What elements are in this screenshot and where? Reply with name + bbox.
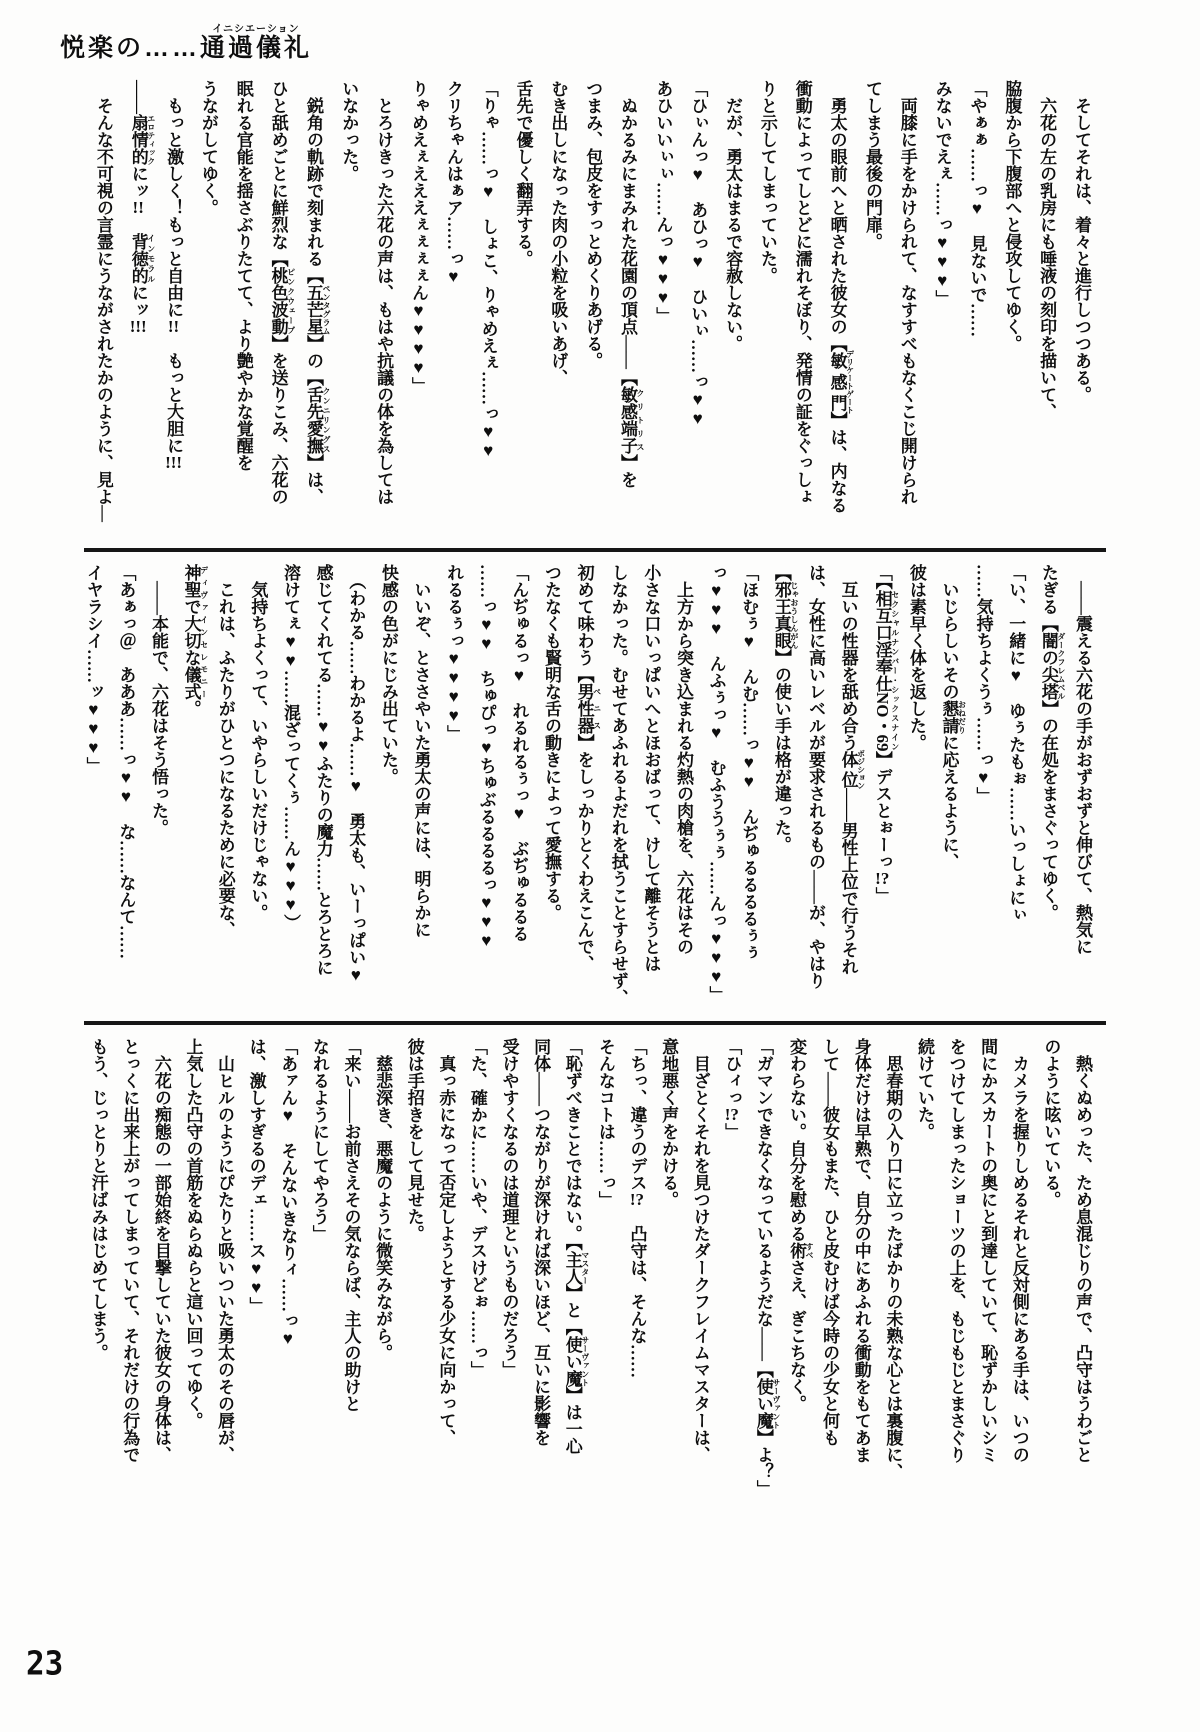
text-column: あひいいぃぃ……んっ♥♥♥」 (645, 80, 680, 546)
text-column: 互いの性器を舐め合う体位ポジション——男性上位で行うそれ (831, 564, 865, 1016)
text-column: のように呟いている。 (1035, 1038, 1067, 1508)
text-column: 「ひぃんっ♥ あひっ♥ ひいぃ……っ♥♥ (679, 80, 714, 546)
text-column: 脇腹から下腹部へと侵攻してゆく。 (993, 80, 1028, 546)
text-column: 「ひィっ!?」 (716, 1038, 748, 1508)
text-column: 受けやすくなるのは道理というものだろう」 (493, 1038, 525, 1508)
text-column: 「い、一緒に♥ ゆぅたもぉ……いっしょにぃ (999, 564, 1032, 1016)
text-column: りゃめえぇえええぇぇぇぇん♥♥♥♥」 (400, 80, 435, 546)
text-column: 続けていた。 (908, 1038, 940, 1508)
tate-chu-yoko: !? (627, 1191, 646, 1208)
text-column: 思春期の入り口に立ったばかりの未熟な心とは裏腹に、 (877, 1038, 909, 1508)
text-column: 神聖で大切な儀式ディヴァインセレモニー。 (174, 564, 208, 1016)
text-column: ——震える六花の手がおずおずと伸びて、熱気に (1065, 564, 1098, 1016)
text-column: 身体だけは早熟で、自分の中にあふれる衝動をもてあま (845, 1038, 877, 1508)
text-column: ……気持ちよくうぅ……っ♥」 (966, 564, 999, 1016)
text-column: 「ガマンできなくなっているようだな——【使い魔サーヴァント】よ？」 (747, 1038, 780, 1508)
text-column: しなかった。むせてあふれるよだれを拭うことすらせず、 (601, 564, 634, 1016)
text-column: 初めて味わう【男性器ペニス】をしっかりとくわえこんで、 (567, 564, 601, 1016)
text-column: いなかった。 (330, 80, 365, 546)
text-column: 「【相互口淫奉仕NO・69セクシャルナンバー・シックスナイン】デスとぉーっ!?」 (865, 564, 899, 1016)
tate-chu-yoko: !? (873, 870, 892, 887)
text-section-bottom: 熱くぬめった、ため息混じりの声で、凸守はうわごとのように呟いている。 カメラを握… (90, 1038, 1098, 1508)
text-column: 衝動によってしとどに濡れそぼり、発情の証をぐっしょ (784, 80, 819, 546)
text-column: 快感の色がにじみ出ていた。 (371, 564, 404, 1016)
text-column: そしてそれは、着々と進行しつつある。 (1063, 80, 1098, 546)
text-column: 両膝に手をかけられて、なすすべもなくこじ開けられ (889, 80, 924, 546)
text-column: ——本能で、六花はそう悟った。 (141, 564, 174, 1016)
text-column: 慈悲深き、悪魔のように微笑みながら。 (366, 1038, 398, 1508)
text-column: ……っ♥♥ ちゅぴっ♥ちゅぶるるるるっ♥♥♥ (469, 564, 502, 1016)
text-column: つまみ、包皮をすっとめくりあげる。 (574, 80, 609, 546)
text-column: ぬかるみにまみれた花園の頂点——【敏感端子クリトリス】を (609, 80, 644, 546)
text-column: 上気した凸守の首筋をぬらぬらと這い回ってゆく。 (177, 1038, 209, 1508)
text-column: 「あァん♥ そんないきなりィ……っ♥ (272, 1038, 304, 1508)
text-column: イヤラシイ……ッ♥♥♥」 (76, 564, 109, 1016)
text-column: うながしてゆく。 (190, 80, 225, 546)
section-divider (84, 1021, 1106, 1025)
text-column: みないでえぇ……っ♥♥♥」 (924, 80, 959, 546)
text-column: 気持ちよくって、いやらしいだけじゃない。 (241, 564, 274, 1016)
text-column: カメラを握りしめるそれと反対側にある手は、いつの (1003, 1038, 1035, 1508)
text-column: 「あぁっ＠ あああ……っ♥♥ な……なんて…… (109, 564, 142, 1016)
text-column: （わかる……わかるよ……♥ 勇太も、いーっぱい♥ (339, 564, 372, 1016)
text-column: 間にかスカートの奥にと到達していて、恥ずかしいシミ (972, 1038, 1004, 1508)
text-column: 溶けてぇ♥♥……混ざってくぅ……ん♥♥♥） (273, 564, 306, 1016)
text-column: もう、じっとりと汗ばみはじめてしまう。 (82, 1038, 114, 1508)
text-column: いじらしいその懇請おねだりに応えるように、 (932, 564, 966, 1016)
text-column: いいぞ、とささやいた勇太の声には、明らかに (404, 564, 437, 1016)
text-column: そんな不可視の言霊にうながされたかのように、見よ— (85, 80, 120, 546)
text-column: 【邪王真眼じゃおうしんがん】の使い手は格が違った。 (764, 564, 798, 1016)
text-column: とっくに出来上がってしまっていて、それだけの行為で (114, 1038, 146, 1508)
page-title: 悦楽の……通過儀礼イニシエーション (60, 24, 312, 64)
tate-chu-yoko: !! (129, 199, 148, 216)
text-column: 舌先で優しく翻弄する。 (505, 80, 540, 546)
text-column: は、激しすぎるのデェ……ス♥♥」 (240, 1038, 272, 1508)
section-divider (84, 548, 1106, 552)
novel-page: 悦楽の……通過儀礼イニシエーション そしてそれは、着々と進行しつつある。 六花の… (0, 0, 1200, 1732)
text-column: 小さな口いっぱいへとほおばって、けして離そうとは (634, 564, 667, 1016)
text-column: むき出しになった肉の小粒を吸いあげ、 (540, 80, 575, 546)
text-column: てしまう最後の門扉。 (854, 80, 889, 546)
tate-chu-yoko: !!! (129, 318, 148, 335)
text-column: 六花の痴態の一部始終を目撃していた彼女の身体は、 (145, 1038, 177, 1508)
tate-chu-yoko: !? (722, 1106, 741, 1123)
text-column: 「ちっ、違うのデス!? 凸守は、そんな…… (621, 1038, 653, 1508)
text-column: れるるぅっ♥♥♥♥」 (437, 564, 470, 1016)
text-column: をつけてしまったショーツの上を、もじもじとまさぐり (940, 1038, 972, 1508)
text-column: 彼は素早く体を返した。 (899, 564, 932, 1016)
text-column: っ♥♥♥ んふぅっ♥ むふううぅぅ……んっ♥♥♥」 (699, 564, 732, 1016)
text-column: ——扇情的エロティックにッ!! 背徳的インモラルにッ!!! (120, 80, 155, 546)
text-column: 山ヒルのようにぴたりと吸いついた勇太のその唇が、 (208, 1038, 240, 1508)
text-column: して——彼女もまた、ひと皮むけば今時の少女と何も (814, 1038, 846, 1508)
text-section-middle: ——震える六花の手がおずおずと伸びて、熱気にたぎる【闇の尖塔ダークフレムベル】の… (90, 564, 1098, 1016)
page-number: 23 (26, 1645, 63, 1683)
text-column: 変わらない。自分を慰める術すべさえ、ぎこちなく。 (780, 1038, 813, 1508)
text-column: 感じてくれてる……♥♥ふたりの魔力……とろとろに (306, 564, 339, 1016)
text-column: 「ほむぅ♥ んむ……っ♥♥ んぢゅるるるるぅぅ (732, 564, 765, 1016)
text-column: なれるようにしてやろう」 (303, 1038, 335, 1508)
text-column: 「恥ずべきことではない。【主人マスター】と【使い魔サーヴァント】は一心 (556, 1038, 589, 1508)
text-column: は、女性に高いレベルが要求されるもの——が、やはり (798, 564, 831, 1016)
text-column: クリちゃんはぁア……っ♥ (435, 80, 470, 546)
text-column: たぎる【闇の尖塔ダークフレムベル】の在処をまさぐってゆく。 (1031, 564, 1065, 1016)
text-column: 真っ赤になって否定しようとする少女に向かって、 (430, 1038, 462, 1508)
tate-chu-yoko: !!! (164, 454, 183, 471)
text-column: 熱くぬめった、ため息混じりの声で、凸守はうわごと (1066, 1038, 1098, 1508)
tate-chu-yoko: !! (164, 318, 183, 335)
text-column: 意地悪く声をかける。 (652, 1038, 684, 1508)
text-column: とろけきった六花の声は、もはや抗議の体を為しては (365, 80, 400, 546)
text-column: 目ざとくそれを見つけたダークフレイムマスターは、 (684, 1038, 716, 1508)
text-column: 六花の左の乳房にも唾液の刻印を描いて、 (1028, 80, 1063, 546)
text-column: 同体——つながりが深ければ深いほど、互いに影響を (525, 1038, 557, 1508)
text-column: 彼は手招きをして見せた。 (398, 1038, 430, 1508)
text-column: 「んぢゅるっ♥ れるれるぅっ♥ ぶぢゅるるる (502, 564, 535, 1016)
text-column: りと示してしまっていた。 (749, 80, 784, 546)
text-column: だが、勇太はまるで容赦しない。 (714, 80, 749, 546)
text-column: 勇太の眼前へと晒された彼女の【敏感門デリケートゲート】は、内なる (819, 80, 854, 546)
text-column: 「た、確かに……いや、デスけどぉ……っ」 (461, 1038, 493, 1508)
text-column: ひと舐めごとに鮮烈な【桃色波動ピンクウェーブ】を送りこみ、六花の (260, 80, 295, 546)
text-column: 「りゃ……っ♥ しょこ、りゃめえぇ……っ♥♥ (470, 80, 505, 546)
text-column: 鋭角の軌跡で刻まれる【五芒星ペンタグラム】の【舌先愛撫クンニリングス】は、 (295, 80, 330, 546)
text-column: もっと激しく！もっと自由に!! もっと大胆に!!! (155, 80, 190, 546)
text-column: 「来い——お前さえその気ならば、主人の助けと (335, 1038, 367, 1508)
text-column: そんなコトは……っ」 (589, 1038, 621, 1508)
text-column: 眠れる官能を揺さぶりたてて、より艶やかな覚醒を (225, 80, 260, 546)
text-section-top: そしてそれは、着々と進行しつつある。 六花の左の乳房にも唾液の刻印を描いて、脇腹… (90, 80, 1098, 546)
text-column: 「やぁぁ……っ♥ 見ないで…… (959, 80, 994, 546)
text-column: これは、ふたりがひとつになるために必要な、 (208, 564, 241, 1016)
text-column: 上方から突き込まれる灼熱の肉槍を、六花はその (666, 564, 699, 1016)
text-column: つたなくも賢明な舌の動きによって愛撫する。 (534, 564, 567, 1016)
